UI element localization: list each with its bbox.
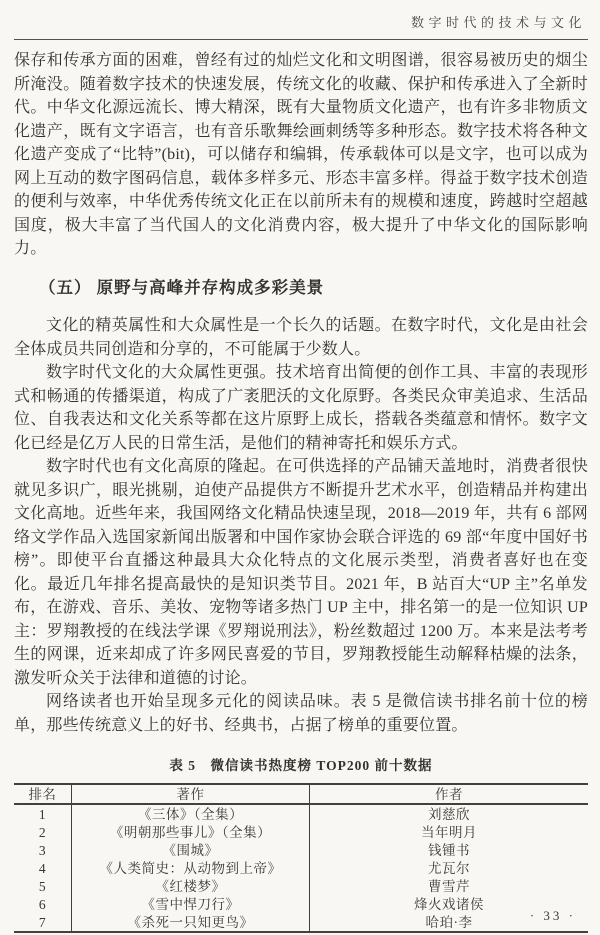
cell-author: 刘慈欣 <box>310 804 588 823</box>
paragraph: 数字时代也有文化高原的隆起。在可供选择的产品铺天盖地时，消费者很快就见多识广，眼… <box>14 455 588 690</box>
cell-rank: 7 <box>14 913 71 932</box>
col-header-title: 著作 <box>71 784 309 804</box>
paragraph: 文化的精英属性和大众属性是一个长久的话题。在数字时代，文化是由社会全体成员共同创… <box>14 314 588 361</box>
col-header-author: 作者 <box>310 784 588 804</box>
cell-title: 《围城》 <box>71 841 309 859</box>
cell-author: 尤瓦尔 <box>310 859 588 877</box>
cell-author: 当年明月 <box>310 823 588 841</box>
col-header-rank: 排名 <box>14 784 71 804</box>
running-title: 数字时代的技术与文化 <box>14 14 588 32</box>
cell-title: 《杀死一只知更鸟》 <box>71 913 309 932</box>
table-row: 4 《人类简史：从动物到上帝》 尤瓦尔 <box>14 859 588 877</box>
cell-rank: 4 <box>14 859 71 877</box>
cell-rank: 5 <box>14 877 71 895</box>
paragraph: 数字时代文化的大众属性更强。技术培育出简便的创作工具、丰富的表现形式和畅通的传播… <box>14 361 588 455</box>
table-row: 5 《红楼梦》 曹雪芹 <box>14 877 588 895</box>
cell-rank: 1 <box>14 804 71 823</box>
cell-rank: 3 <box>14 841 71 859</box>
cell-title: 《红楼梦》 <box>71 877 309 895</box>
cell-title: 《三体》（全集） <box>71 804 309 823</box>
books-table: 排名 著作 作者 1 《三体》（全集） 刘慈欣 2 《明朝那些事儿》（全集） 当… <box>14 783 588 933</box>
cell-title: 《人类简史：从动物到上帝》 <box>71 859 309 877</box>
table-row: 1 《三体》（全集） 刘慈欣 <box>14 804 588 823</box>
table-row: 3 《围城》 钱锺书 <box>14 841 588 859</box>
table-row: 7 《杀死一只知更鸟》 哈珀·李 <box>14 913 588 932</box>
table-row: 2 《明朝那些事儿》（全集） 当年明月 <box>14 823 588 841</box>
page-number: · 33 · <box>530 908 576 924</box>
header-rule <box>14 39 588 40</box>
cell-title: 《明朝那些事儿》（全集） <box>71 823 309 841</box>
body-text: 保存和传承方面的困难，曾经有过的灿烂文化和文明图谱，很容易被历史的烟尘所淹没。随… <box>14 49 588 933</box>
cell-rank: 6 <box>14 895 71 913</box>
table-header-row: 排名 著作 作者 <box>14 784 588 804</box>
table-row: 6 《雪中悍刀行》 烽火戏诸侯 <box>14 895 588 913</box>
paragraph: 网络读者也开始呈现多元化的阅读品味。表 5 是微信读书排名前十位的榜单，那些传统… <box>14 690 588 737</box>
page-header: 数字时代的技术与文化 <box>14 14 588 40</box>
table-caption: 表 5 微信读书热度榜 TOP200 前十数据 <box>14 754 588 774</box>
cell-author: 曹雪芹 <box>310 877 588 895</box>
cell-author: 钱锺书 <box>310 841 588 859</box>
book-page: 数字时代的技术与文化 保存和传承方面的困难，曾经有过的灿烂文化和文明图谱，很容易… <box>0 0 600 935</box>
paragraph-continued: 保存和传承方面的困难，曾经有过的灿烂文化和文明图谱，很容易被历史的烟尘所淹没。随… <box>14 49 588 261</box>
cell-rank: 2 <box>14 823 71 841</box>
cell-title: 《雪中悍刀行》 <box>71 895 309 913</box>
section-heading: （五） 原野与高峰并存构成多彩美景 <box>14 276 588 300</box>
